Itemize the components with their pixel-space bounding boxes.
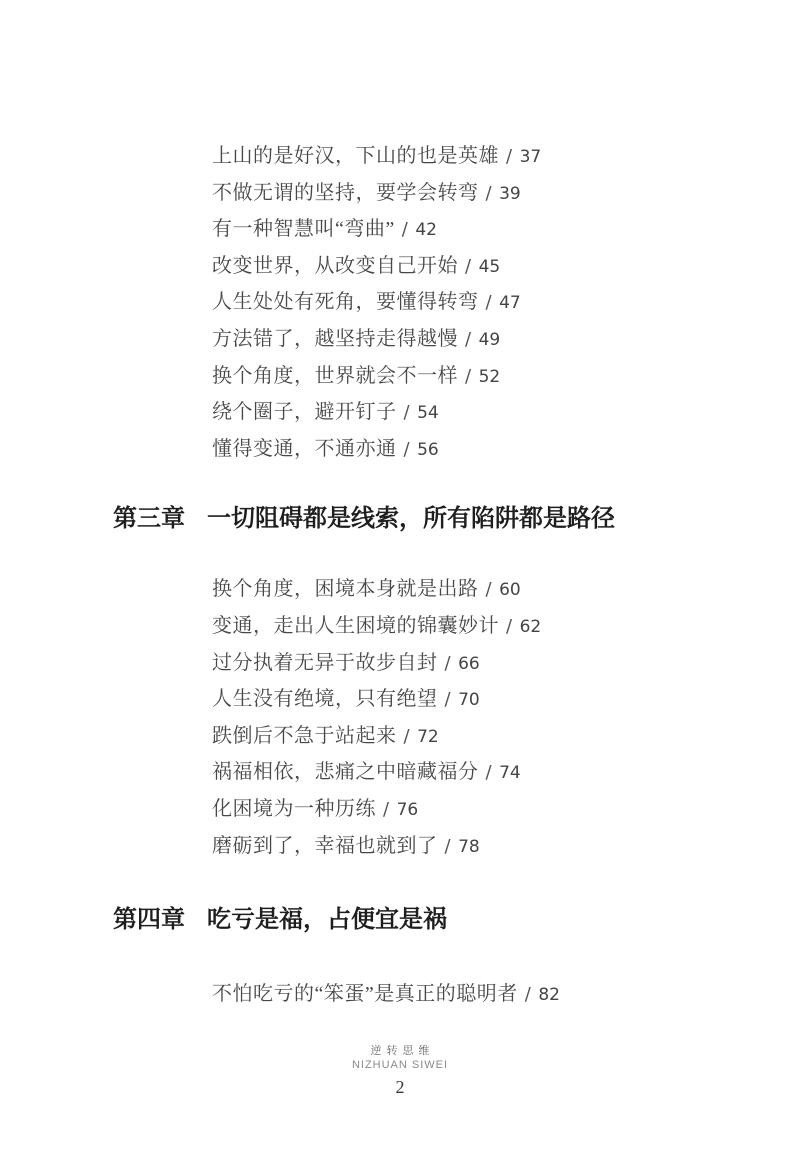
toc-entry-title: 绕个圈子，避开钉子: [212, 401, 397, 423]
toc-entry: 祸福相依，悲痛之中暗藏福分/74: [212, 754, 800, 791]
toc-entry: 人生没有绝境，只有绝望/70: [212, 681, 800, 718]
toc-entry-separator: /: [445, 836, 452, 857]
toc-entry-title: 有一种智慧叫“弯曲”: [212, 218, 395, 240]
toc-entry-title: 人生没有绝境，只有绝望: [212, 688, 438, 710]
toc-entry: 过分执着无异于故步自封/66: [212, 645, 800, 682]
toc-entry-separator: /: [506, 616, 513, 637]
toc-entry-title: 人生处处有死角，要懂得转弯: [212, 291, 479, 313]
toc-entry-separator: /: [383, 799, 390, 820]
toc-entry-separator: /: [486, 183, 493, 204]
toc-entry-page: 52: [479, 367, 501, 387]
toc-entry: 不怕吃亏的“笨蛋”是真正的聪明者/82: [212, 976, 800, 1013]
page-number: 2: [0, 1076, 800, 1098]
toc-entry-title: 懂得变通，不通亦通: [212, 438, 397, 460]
toc-entry-page: 82: [538, 985, 560, 1005]
toc-entry-page: 70: [458, 690, 480, 710]
toc-entry-title: 不做无谓的坚持，要学会转弯: [212, 182, 479, 204]
toc-entry-separator: /: [465, 366, 472, 387]
toc-entry-page: 54: [417, 403, 439, 423]
toc-entry-title: 上山的是好汉，下山的也是英雄: [212, 145, 499, 167]
toc-entry-separator: /: [465, 256, 472, 277]
chapter-label: 第三章: [113, 506, 185, 532]
toc-entry-page: 60: [499, 580, 521, 600]
toc-entry-page: 72: [417, 727, 439, 747]
toc-entry-separator: /: [404, 726, 411, 747]
toc-entry-page: 37: [520, 147, 542, 167]
toc-entry-title: 磨砺到了，幸福也就到了: [212, 835, 438, 857]
toc-entry-title: 变通，走出人生困境的锦囊妙计: [212, 615, 499, 637]
toc-entry: 变通，走出人生困境的锦囊妙计/62: [212, 608, 800, 645]
toc-entry-page: 56: [417, 440, 439, 460]
toc-entry-title: 跌倒后不急于站起来: [212, 725, 397, 747]
toc-entry-separator: /: [404, 402, 411, 423]
toc-entry-page: 45: [479, 257, 501, 277]
toc-entry: 懂得变通，不通亦通/56: [212, 431, 800, 468]
toc-entry-page: 66: [458, 654, 480, 674]
book-page: 上山的是好汉，下山的也是英雄/37 不做无谓的坚持，要学会转弯/39 有一种智慧…: [0, 0, 800, 1158]
toc-entry: 改变世界，从改变自己开始/45: [212, 248, 800, 285]
toc-entry: 绕个圈子，避开钉子/54: [212, 394, 800, 431]
toc-entry: 换个角度，困境本身就是出路/60: [212, 571, 800, 608]
toc-entry-title: 改变世界，从改变自己开始: [212, 255, 458, 277]
toc-section-chapter-4: 不怕吃亏的“笨蛋”是真正的聪明者/82: [0, 976, 800, 1013]
toc-entry: 上山的是好汉，下山的也是英雄/37: [212, 138, 800, 175]
toc-entry: 有一种智慧叫“弯曲”/42: [212, 211, 800, 248]
toc-section-continued: 上山的是好汉，下山的也是英雄/37 不做无谓的坚持，要学会转弯/39 有一种智慧…: [0, 138, 800, 467]
toc-entry-page: 74: [499, 763, 521, 783]
chapter-heading-3: 第三章一切阻碍都是线索，所有陷阱都是路径: [113, 505, 800, 534]
toc-entry: 人生处处有死角，要懂得转弯/47: [212, 284, 800, 321]
book-title-romanized: NIZHUAN SIWEI: [0, 1058, 800, 1073]
book-title-chinese: 逆转思维: [0, 1044, 800, 1058]
toc-entry: 换个角度，世界就会不一样/52: [212, 358, 800, 395]
page-footer: 逆转思维 NIZHUAN SIWEI 2: [0, 1044, 800, 1098]
toc-entry-separator: /: [404, 439, 411, 460]
toc-entry: 方法错了，越坚持走得越慢/49: [212, 321, 800, 358]
toc-entry-title: 化困境为一种历练: [212, 798, 376, 820]
toc-entry: 跌倒后不急于站起来/72: [212, 718, 800, 755]
toc-entry: 磨砺到了，幸福也就到了/78: [212, 828, 800, 865]
toc-entry-separator: /: [445, 689, 452, 710]
toc-entry: 不做无谓的坚持，要学会转弯/39: [212, 175, 800, 212]
toc-entry-separator: /: [465, 329, 472, 350]
toc-entry: 化困境为一种历练/76: [212, 791, 800, 828]
toc-entry-title: 祸福相依，悲痛之中暗藏福分: [212, 761, 479, 783]
chapter-title: 吃亏是福，占便宜是祸: [207, 907, 447, 933]
toc-entry-title: 换个角度，世界就会不一样: [212, 365, 458, 387]
toc-entry-separator: /: [506, 146, 513, 167]
toc-entry-page: 76: [397, 800, 419, 820]
toc-section-chapter-3: 换个角度，困境本身就是出路/60 变通，走出人生困境的锦囊妙计/62 过分执着无…: [0, 571, 800, 864]
toc-entry-title: 换个角度，困境本身就是出路: [212, 578, 479, 600]
toc-entry-page: 78: [458, 837, 480, 857]
toc-entry-page: 39: [499, 184, 521, 204]
chapter-title: 一切阻碍都是线索，所有陷阱都是路径: [207, 506, 615, 532]
toc-entry-title: 不怕吃亏的“笨蛋”是真正的聪明者: [212, 983, 518, 1005]
toc-entry-separator: /: [486, 579, 493, 600]
toc-entry-title: 过分执着无异于故步自封: [212, 652, 438, 674]
toc-entry-separator: /: [445, 653, 452, 674]
toc-entry-separator: /: [486, 762, 493, 783]
toc-entry-separator: /: [402, 219, 409, 240]
toc-entry-page: 47: [499, 293, 521, 313]
toc-entry-page: 49: [479, 330, 501, 350]
toc-entry-separator: /: [486, 292, 493, 313]
toc-entry-title: 方法错了，越坚持走得越慢: [212, 328, 458, 350]
toc-entry-page: 62: [520, 617, 542, 637]
chapter-heading-4: 第四章吃亏是福，占便宜是祸: [113, 906, 800, 935]
table-of-contents: 上山的是好汉，下山的也是英雄/37 不做无谓的坚持，要学会转弯/39 有一种智慧…: [0, 0, 800, 1013]
toc-entry-separator: /: [525, 984, 532, 1005]
chapter-label: 第四章: [113, 907, 185, 933]
toc-entry-page: 42: [415, 220, 437, 240]
